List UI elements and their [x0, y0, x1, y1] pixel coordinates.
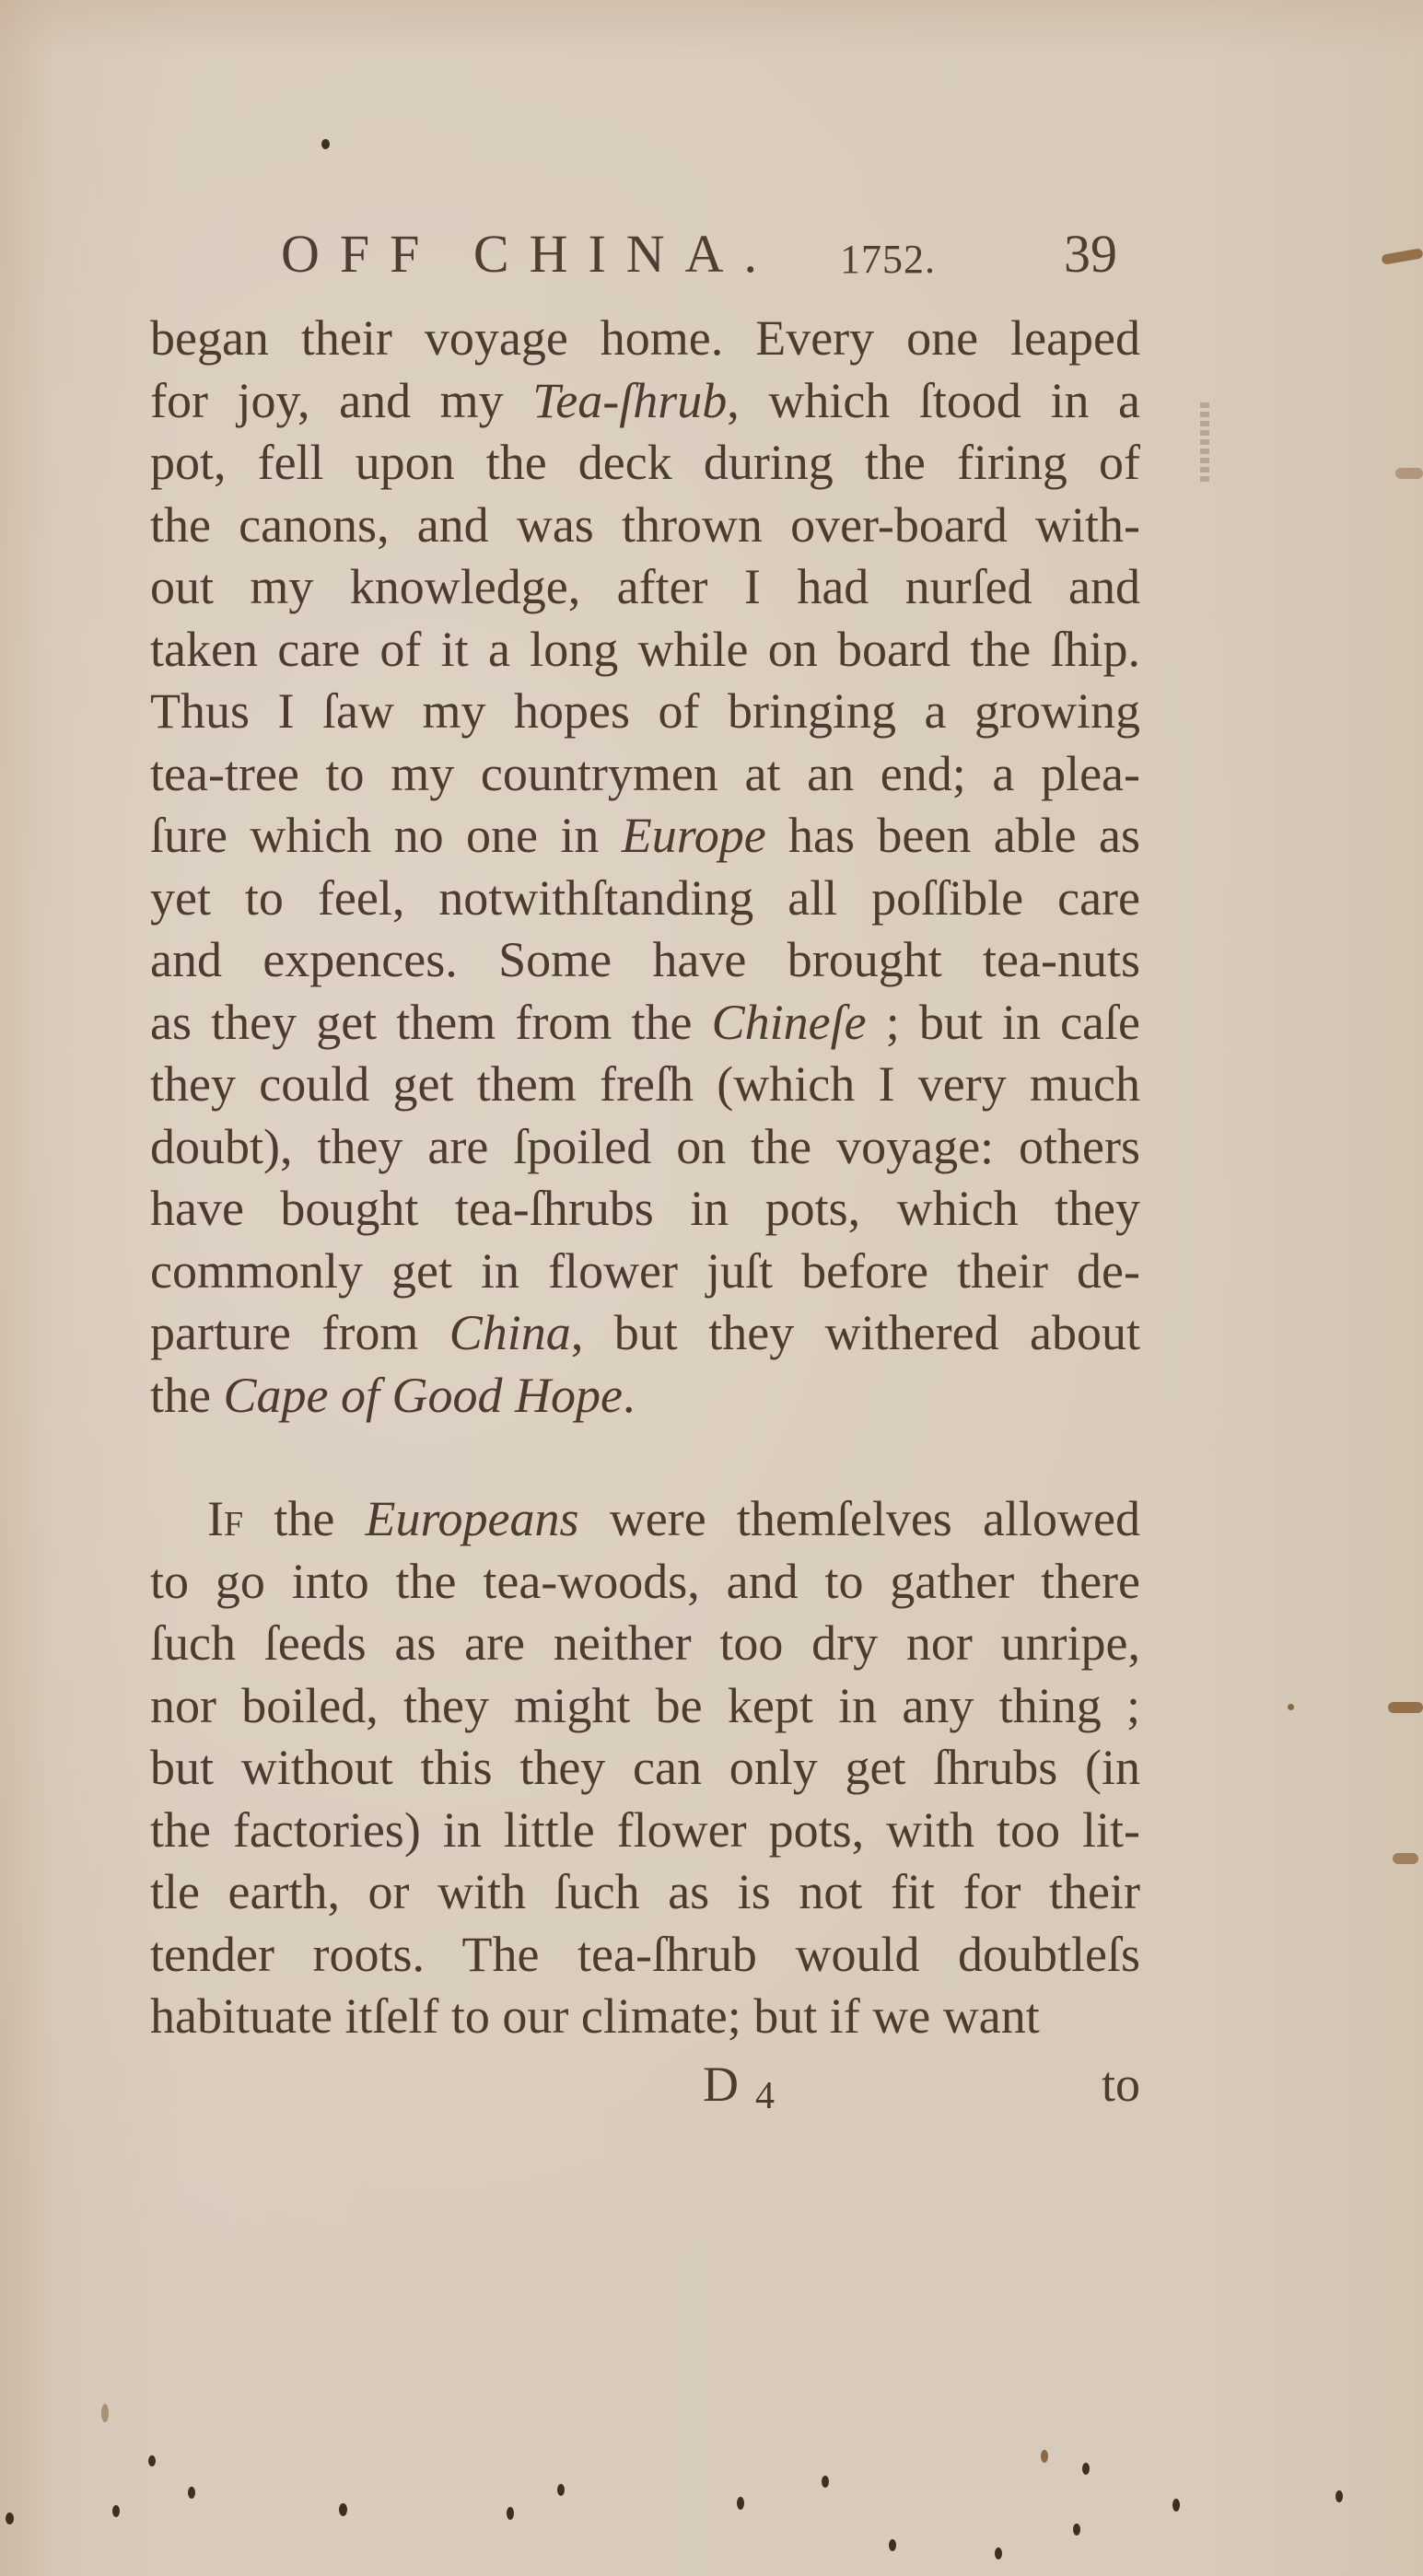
text-run: ; but in caſe	[867, 995, 1140, 1050]
text-line: and expences. Some have brought tea-nuts	[150, 929, 1140, 992]
signature-letter: D	[703, 2057, 739, 2112]
paper-speck	[737, 2497, 744, 2510]
text-run: has been able as	[766, 808, 1140, 863]
text-run: but without this they can only get ſhrub…	[150, 1740, 1140, 1795]
italic-text: Europe	[622, 808, 766, 863]
text-line: began their voyage home. Every one leape…	[150, 308, 1140, 370]
text-run: habituate itſelf to our climate; but if …	[150, 1988, 1040, 2044]
text-run: to go into the tea-woods, and to gather …	[150, 1554, 1140, 1609]
text-run: , which ſtood in a	[727, 373, 1140, 428]
paper-speck	[995, 2547, 1002, 2559]
body-text: began their voyage home. Every one leape…	[150, 308, 1140, 2048]
text-line: ſure which no one in Europe has been abl…	[150, 805, 1140, 868]
text-line: doubt), they are ſpoiled on the voyage: …	[150, 1116, 1140, 1179]
running-head-title: OFF CHINA.	[281, 217, 777, 291]
paper-speck	[321, 139, 330, 149]
bleed-through-mark	[1200, 402, 1209, 485]
text-line: the factories) in little flower pots, wi…	[150, 1800, 1140, 1862]
text-run: have bought tea-ſhrubs in pots, which th…	[150, 1181, 1140, 1236]
text-run: If	[207, 1491, 243, 1546]
text-line: they could get them freſh (which I very …	[150, 1054, 1140, 1116]
text-run: ſure which no one in	[150, 808, 622, 863]
text-line: the Cape of Good Hope.	[150, 1365, 1140, 1428]
text-line: yet to feel, notwithſtanding all poſſibl…	[150, 868, 1140, 930]
paper-speck	[339, 2503, 347, 2516]
paper-speck	[822, 2476, 829, 2488]
paper-speck	[6, 2512, 14, 2524]
italic-text: Cape of Good Hope	[223, 1368, 622, 1423]
paper-stain	[1393, 1853, 1418, 1864]
text-line: to go into the tea-woods, and to gather …	[150, 1551, 1140, 1614]
paper-speck	[148, 2455, 156, 2466]
text-run: commonly get in flower juſt before their…	[150, 1243, 1140, 1299]
paper-tint	[0, 0, 1423, 55]
text-run: out my knowledge, after I had nurſed and	[150, 559, 1140, 614]
italic-text: China	[449, 1305, 571, 1360]
paragraph: began their voyage home. Every one leape…	[150, 308, 1140, 1427]
paper-speck	[1073, 2524, 1080, 2535]
text-line: for joy, and my Tea-ſhrub, which ſtood i…	[150, 370, 1140, 433]
text-run: the	[150, 1368, 223, 1423]
text-run: .	[623, 1368, 636, 1423]
signature-mark: D4	[703, 2052, 775, 2121]
italic-text: Europeans	[366, 1491, 579, 1546]
text-run: pot, fell upon the deck during the firin…	[150, 435, 1140, 490]
text-line: pot, fell upon the deck during the firin…	[150, 432, 1140, 495]
text-run: as they get them from the	[150, 995, 712, 1050]
text-run: the canons, and was thrown over-board wi…	[150, 497, 1140, 553]
paper-speck	[188, 2487, 195, 2499]
text-run: yet to feel, notwithſtanding all poſſibl…	[150, 870, 1140, 926]
text-line: have bought tea-ſhrubs in pots, which th…	[150, 1178, 1140, 1241]
paragraph: If the Europeans were themſelves allowed…	[150, 1488, 1140, 2048]
paper-speck	[1082, 2463, 1090, 2475]
text-line: tle earth, or with ſuch as is not fit fo…	[150, 1861, 1140, 1924]
signature-number: 4	[755, 2075, 775, 2117]
scanned-book-page: OFF CHINA. 1752. 39 began their voyage h…	[0, 0, 1423, 2576]
paper-speck	[112, 2505, 120, 2517]
text-run: they could get them freſh (which I very …	[150, 1056, 1140, 1112]
text-run: the	[243, 1491, 365, 1546]
paper-speck	[101, 2404, 109, 2422]
text-line: as they get them from the Chineſe ; but …	[150, 992, 1140, 1055]
catchword: to	[1102, 2052, 1140, 2116]
text-line: If the Europeans were themſelves allowed	[150, 1488, 1140, 1551]
text-line: the canons, and was thrown over-board wi…	[150, 495, 1140, 557]
text-line: parture from China, but they withered ab…	[150, 1302, 1140, 1365]
paper-speck	[1041, 2450, 1048, 2463]
text-run: began their voyage home. Every one leape…	[150, 310, 1140, 366]
text-run: tle earth, or with ſuch as is not fit fo…	[150, 1864, 1140, 1919]
text-run: for joy, and my	[150, 373, 532, 428]
text-line: commonly get in flower juſt before their…	[150, 1241, 1140, 1303]
text-line: tea-tree to my countrymen at an end; a p…	[150, 743, 1140, 806]
italic-text: Tea-ſhrub	[532, 373, 727, 428]
text-run: doubt), they are ſpoiled on the voyage: …	[150, 1119, 1140, 1174]
text-line: nor boiled, they might be kept in any th…	[150, 1675, 1140, 1738]
paper-speck	[889, 2539, 896, 2551]
paper-speck	[557, 2484, 565, 2496]
running-head-year: 1752.	[840, 223, 936, 297]
paper-stain	[1388, 1702, 1423, 1713]
text-run: the factories) in little flower pots, wi…	[150, 1802, 1140, 1858]
paper-speck	[1336, 2490, 1343, 2502]
signature-line: D4 to	[150, 2052, 1140, 2116]
text-line: Thus I ſaw my hopes of bringing a growin…	[150, 681, 1140, 743]
text-run: , but they withered about	[571, 1305, 1140, 1360]
text-run: taken care of it a long while on board t…	[150, 622, 1140, 677]
text-line: out my knowledge, after I had nurſed and	[150, 556, 1140, 619]
text-run: were themſelves allowed	[579, 1491, 1140, 1546]
text-line: but without this they can only get ſhrub…	[150, 1737, 1140, 1800]
paper-speck	[1172, 2499, 1180, 2512]
text-line: habituate itſelf to our climate; but if …	[150, 1986, 1140, 2048]
text-run: tea-tree to my countrymen at an end; a p…	[150, 746, 1140, 801]
italic-text: Chineſe	[712, 995, 867, 1050]
text-run: nor boiled, they might be kept in any th…	[150, 1678, 1140, 1733]
text-run: tender roots. The tea-ſhrub would doubtl…	[150, 1927, 1140, 1982]
paper-speck	[507, 2507, 514, 2520]
paper-stain	[1381, 248, 1423, 265]
text-line: taken care of it a long while on board t…	[150, 619, 1140, 682]
paragraph-gap	[150, 1427, 1140, 1488]
text-run: ſuch ſeeds as are neither too dry nor un…	[150, 1615, 1140, 1671]
text-run: parture from	[150, 1305, 449, 1360]
text-run: and expences. Some have brought tea-nuts	[150, 932, 1140, 987]
running-head: OFF CHINA. 1752. 39	[235, 217, 1128, 291]
page-number: 39	[1064, 217, 1117, 291]
text-run: Thus I ſaw my hopes of bringing a growin…	[150, 683, 1140, 739]
text-line: ſuch ſeeds as are neither too dry nor un…	[150, 1613, 1140, 1675]
paper-stain	[1395, 468, 1423, 479]
text-line: tender roots. The tea-ſhrub would doubtl…	[150, 1924, 1140, 1987]
paper-speck	[1288, 1704, 1294, 1710]
